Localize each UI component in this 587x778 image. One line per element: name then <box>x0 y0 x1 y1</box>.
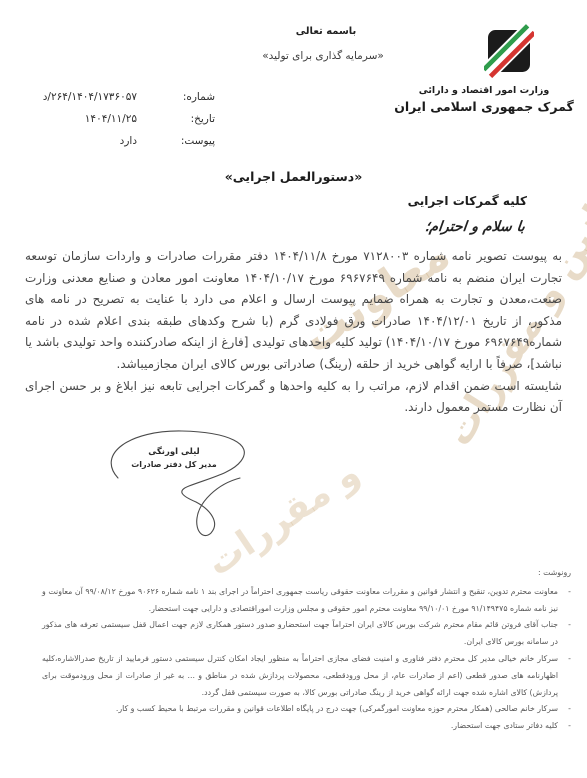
copy-text: معاونت محترم تدوین، تنقیح و انتشار قوانی… <box>42 584 558 618</box>
copy-item: - جناب آقای فروتن قائم مقام محترم شرکت ب… <box>42 617 571 651</box>
letterhead-org-block: وزارت امور اقتصاد و دارائی گمرک جمهوری ا… <box>389 24 579 114</box>
date-value: ۱۴۰۴/۱۱/۲۵ <box>25 113 137 125</box>
dash-marker: - <box>558 701 571 718</box>
recipient-line: کلیه گمرکات اجرایی <box>408 194 527 208</box>
copy-text: کلیه دفاتر ستادی جهت استحضار. <box>42 718 558 735</box>
meta-row-number: شماره: ۲۶۴/۱۴۰۴/۱۷۳۶۰۵۷/د <box>25 86 215 108</box>
signature-block: لیلی اورنگی مدیر کل دفتر صادرات <box>88 424 283 542</box>
meta-row-attachment: پیوست: دارد <box>25 130 215 152</box>
copies-label: رونوشت : <box>42 565 571 582</box>
date-label: تاریخ: <box>177 113 215 125</box>
signer-name: لیلی اورنگی <box>134 447 214 457</box>
signature-scribble <box>88 424 283 542</box>
copy-text: سرکار خانم صالحی (همکار محترم حوزه معاون… <box>42 701 558 718</box>
copy-text: جناب آقای فروتن قائم مقام محترم شرکت بور… <box>42 617 558 651</box>
signer-title: مدیر کل دفتر صادرات <box>118 460 230 469</box>
copy-item: - سرکار خانم خیالی مدیر کل محترم دفتر فن… <box>42 651 571 701</box>
organization-name: گمرک جمهوری اسلامی ایران <box>389 99 579 114</box>
copy-item: - سرکار خانم صالحی (همکار محترم حوزه معا… <box>42 701 571 718</box>
attachment-label: پیوست: <box>177 135 215 147</box>
ministry-name: وزارت امور اقتصاد و دارائی <box>389 85 579 96</box>
customs-logo-icon <box>484 24 534 78</box>
document-type-title: «دستورالعمل اجرایی» <box>0 169 587 184</box>
meta-row-date: تاریخ: ۱۴۰۴/۱۱/۲۵ <box>25 108 215 130</box>
basmala-text: باسمه تعالی <box>283 26 369 37</box>
copy-item: - کلیه دفاتر ستادی جهت استحضار. <box>42 718 571 735</box>
number-label: شماره: <box>177 91 215 103</box>
body-paragraph-1: به پیوست تصویر نامه شماره ۷۱۲۸۰۰۳ مورخ ۱… <box>25 246 562 376</box>
attachment-value: دارد <box>25 135 137 147</box>
letter-body: به پیوست تصویر نامه شماره ۷۱۲۸۰۰۳ مورخ ۱… <box>25 246 562 419</box>
dash-marker: - <box>558 584 571 618</box>
dash-marker: - <box>558 651 571 701</box>
official-letter-page: معاونت قوانین و مقررات و مقررات وزارت ام… <box>0 0 587 778</box>
body-paragraph-2: شایسته است ضمن اقدام لازم، مراتب را به ک… <box>25 376 562 419</box>
number-value: ۲۶۴/۱۴۰۴/۱۷۳۶۰۵۷/د <box>25 91 137 103</box>
dash-marker: - <box>558 617 571 651</box>
slogan-text: «سرمایه گذاری برای تولید» <box>248 50 398 62</box>
letter-meta: شماره: ۲۶۴/۱۴۰۴/۱۷۳۶۰۵۷/د تاریخ: ۱۴۰۴/۱۱… <box>25 86 215 152</box>
copies-section: رونوشت : - معاونت محترم تدوین، تنقیح و ا… <box>42 565 571 735</box>
dash-marker: - <box>558 718 571 735</box>
copy-text: سرکار خانم خیالی مدیر کل محترم دفتر فناو… <box>42 651 558 701</box>
copy-item: - معاونت محترم تدوین، تنقیح و انتشار قوا… <box>42 584 571 618</box>
salutation-script: با سلام و احترام؛ <box>424 219 525 235</box>
